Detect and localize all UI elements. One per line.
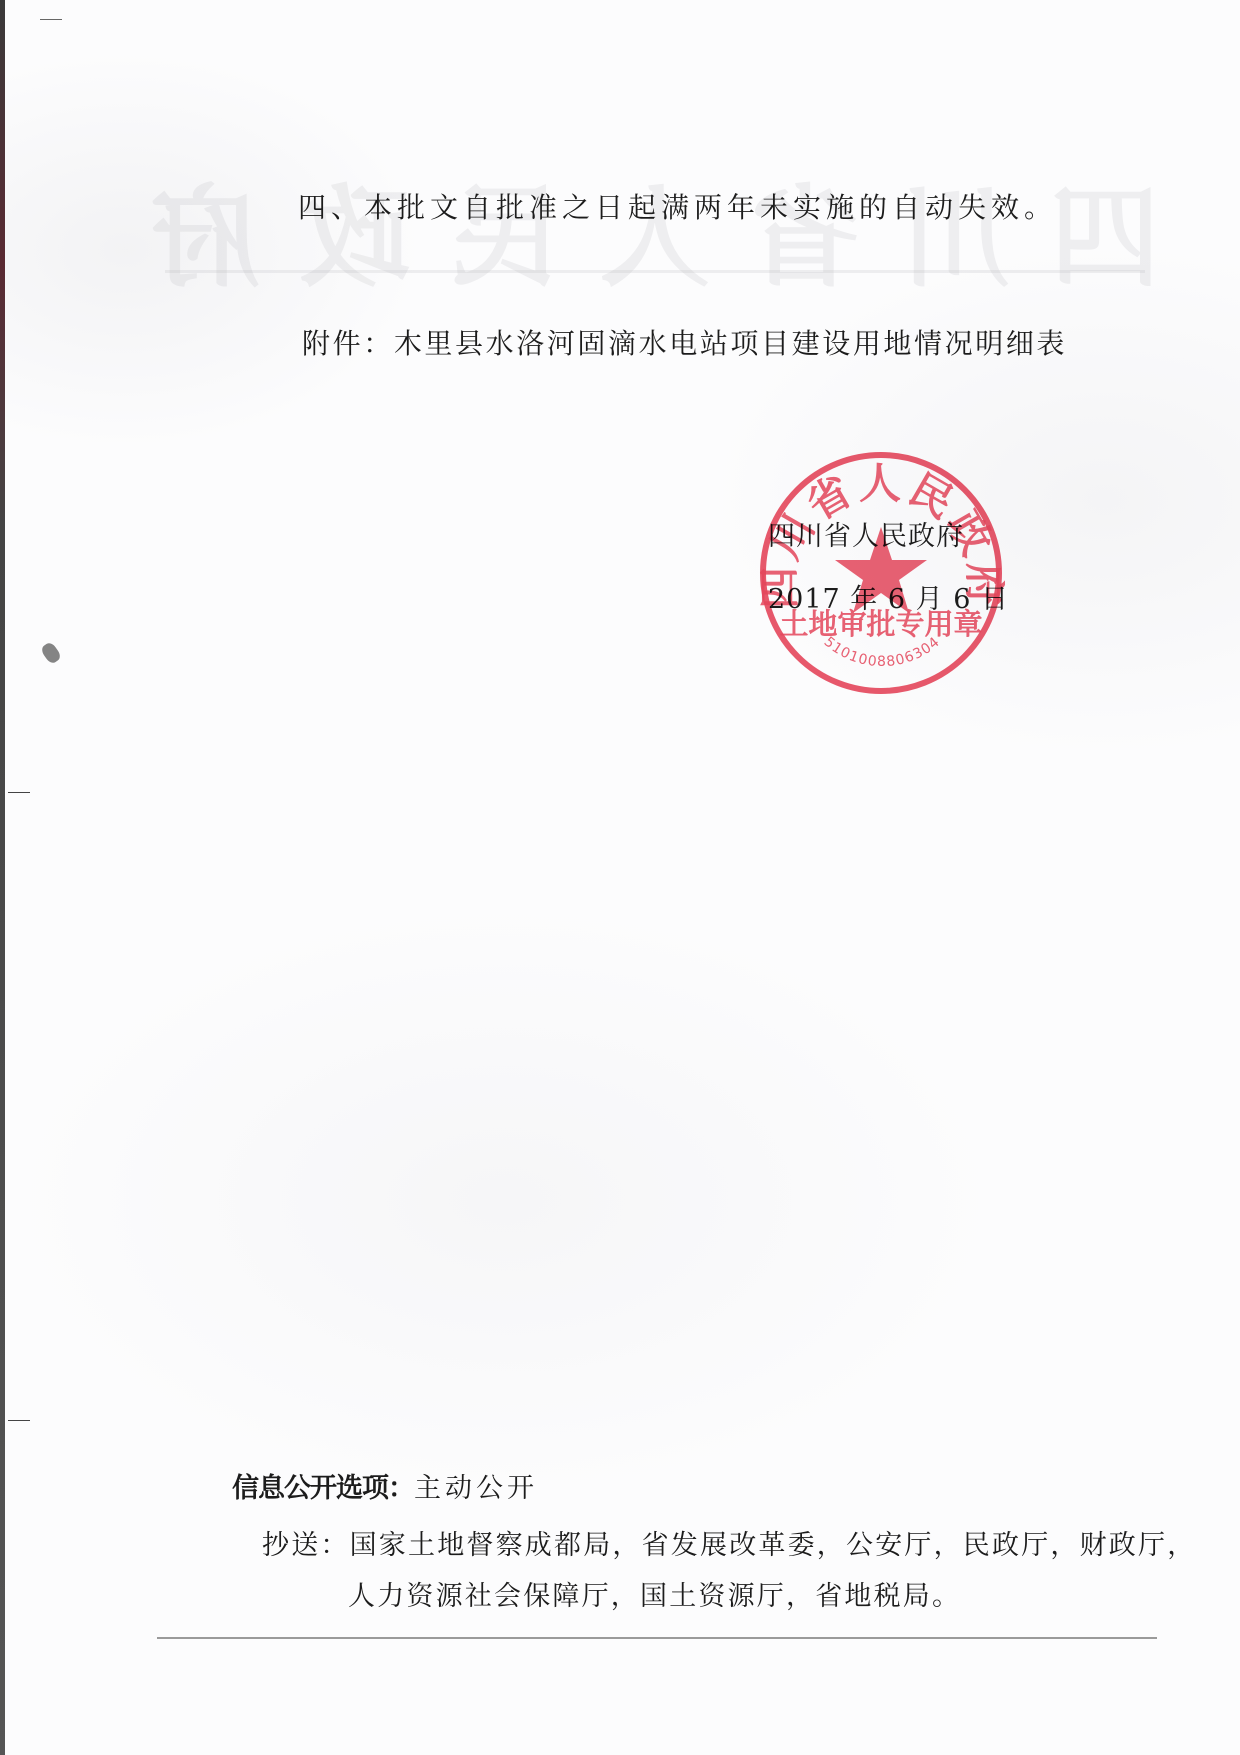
scan-mark: [8, 790, 30, 793]
signature-date: 2017 年 6 月 6 日: [768, 577, 1009, 616]
scan-mark: [8, 1418, 30, 1421]
cc-list-line-1: 抄送：国家土地督察成都局，省发展改革委，公安厅，民政厅，财政厅，: [262, 1523, 1196, 1562]
page-background: [5, 0, 1240, 1755]
cc-list-line-2: 人力资源社会保障厅，国土资源厅，省地税局。: [348, 1574, 961, 1613]
disclosure-label: 信息公开选项：: [232, 1473, 414, 1504]
footer-rule: [157, 1637, 1157, 1639]
bleed-through-rule: [165, 270, 1145, 273]
scan-mark: [40, 19, 62, 20]
signature-organization: 四川省人民政府: [768, 514, 964, 553]
clause-text: 四、本批文自批准之日起满两年未实施的自动失效。: [298, 186, 1057, 226]
attachment-label: 附件：: [302, 327, 394, 360]
attachment-title: 木里县水洛河固滴水电站项目建设用地情况明细表: [394, 327, 1067, 360]
disclosure-value: 主动公开: [414, 1473, 538, 1504]
disclosure-option: 信息公开选项：主动公开: [232, 1466, 538, 1505]
attachment-line: 附件：木里县水洛河固滴水电站项目建设用地情况明细表: [302, 322, 1067, 362]
